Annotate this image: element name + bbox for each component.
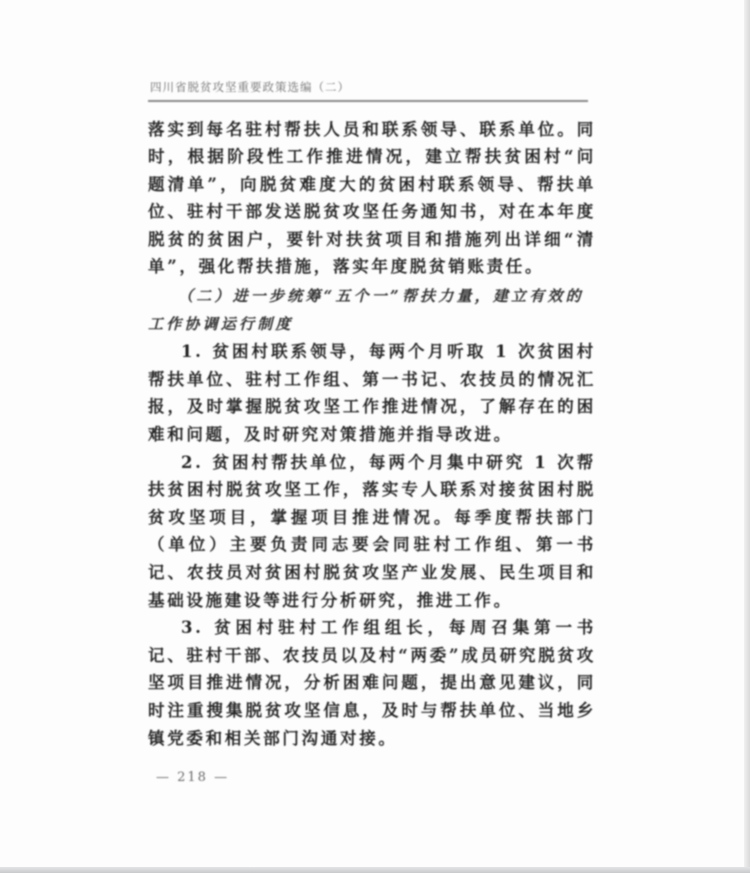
document-viewer: 四川省脱贫攻坚重要政策选编（二） 落实到每名驻村帮扶人员和联系领导、联系单位。同… [0,0,750,873]
header-divider [148,100,588,102]
page-body: 落实到每名驻村帮扶人员和联系领导、联系单位。同时，根据阶段性工作推进情况，建立帮… [148,116,596,753]
section-heading: （二）进一步统筹“五个一”帮扶力量，建立有效的工作协调运行制度 [148,283,596,338]
bottom-toolbar-edge [0,867,750,873]
running-header: 四川省脱贫攻坚重要政策选编（二） [148,78,596,96]
paragraph-continuation: 落实到每名驻村帮扶人员和联系领导、联系单位。同时，根据阶段性工作推进情况，建立帮… [148,116,596,282]
paragraph-item-2: 2. 贫困村帮扶单位，每两个月集中研究 1 次帮扶贫困村脱贫攻坚工作，落实专人联… [148,449,596,615]
paragraph-item-1: 1. 贫困村联系领导，每两个月听取 1 次贫困村帮扶单位、驻村工作组、第一书记、… [148,338,596,448]
book-page: 四川省脱贫攻坚重要政策选编（二） 落实到每名驻村帮扶人员和联系领导、联系单位。同… [148,78,596,785]
paragraph-item-3: 3. 贫困村驻村工作组组长，每周召集第一书记、驻村干部、农技员以及村“两委”成员… [148,614,596,752]
page-number: — 218 — [148,770,596,785]
vertical-scrollbar[interactable] [744,0,750,867]
